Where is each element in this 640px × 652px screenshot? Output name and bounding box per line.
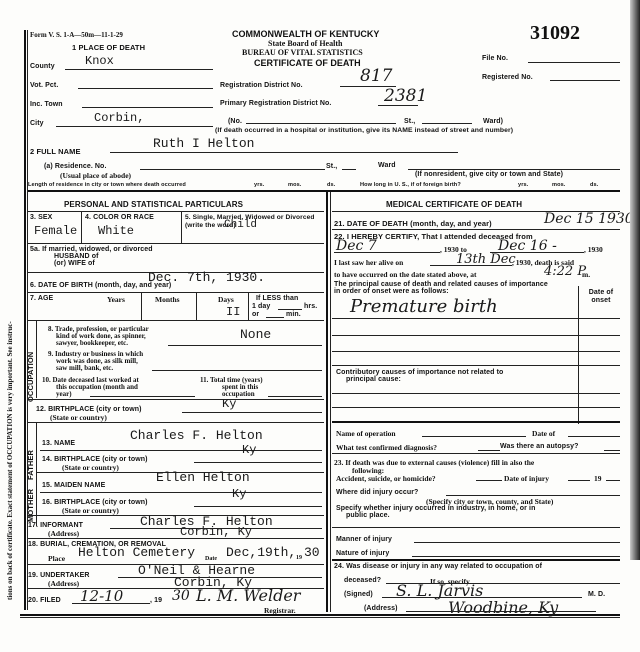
divider xyxy=(141,292,142,320)
registrar-signature: L. M. Welder xyxy=(196,586,300,605)
length-mos: mos. xyxy=(288,182,301,188)
injury-date-field[interactable] xyxy=(568,480,590,481)
residence-field[interactable] xyxy=(140,169,325,170)
specify-field[interactable] xyxy=(332,527,620,528)
race-label: 4. COLOR OR RACE xyxy=(85,214,154,221)
father-name-value: Charles F. Helton xyxy=(130,428,263,443)
nature-label: Nature of injury xyxy=(336,550,389,557)
city-value: Corbin, xyxy=(94,111,144,125)
father-name-label: 13. NAME xyxy=(42,440,75,447)
occupation-related-label-1: 24. Was disease or injury in any way rel… xyxy=(334,563,542,570)
residence-ward-label: Ward xyxy=(378,162,396,169)
divider xyxy=(28,320,324,321)
signed-label: (Signed) xyxy=(344,591,373,598)
test-field[interactable] xyxy=(478,450,500,451)
hrs-field[interactable] xyxy=(278,309,302,310)
mother-name-value: Ellen Helton xyxy=(156,470,250,485)
street-st-label: St., xyxy=(404,118,415,125)
spouse-label-2: HUSBAND of xyxy=(54,253,99,260)
length-residence-label: Length of residence in city or town wher… xyxy=(28,182,186,188)
occupation-related-label-2: deceased? xyxy=(344,577,381,584)
contributory-line-1[interactable] xyxy=(332,393,620,394)
full-name-field[interactable] xyxy=(110,152,458,153)
mother-birthplace-label: 16. BIRTHPLACE (city or town) xyxy=(42,499,148,506)
divider xyxy=(28,292,324,293)
street-field[interactable] xyxy=(246,123,396,124)
birthplace-field[interactable] xyxy=(182,412,322,413)
county-field[interactable] xyxy=(65,69,213,70)
cause-label-2: in order of onset were as follows: xyxy=(334,288,449,295)
place-of-death-heading: 1 PLACE OF DEATH xyxy=(72,43,145,52)
divider xyxy=(28,399,324,400)
mother-name-field[interactable] xyxy=(40,492,322,493)
primary-reg-label: Primary Registration District No. xyxy=(220,100,331,107)
divider xyxy=(332,421,620,423)
city-label: City xyxy=(30,120,44,127)
birthplace-sub-label: (State or country) xyxy=(50,413,107,422)
father-side-label: FATHER xyxy=(26,450,35,480)
full-name-label: 2 FULL NAME xyxy=(30,147,81,156)
age-days-label: Days xyxy=(218,295,234,304)
divider xyxy=(181,211,182,243)
mother-name-label: 15. MAIDEN NAME xyxy=(42,482,105,489)
personal-section-title: PERSONAL AND STATISTICAL PARTICULARS xyxy=(64,200,243,209)
divider xyxy=(36,422,37,526)
contributory-label-2: principal cause: xyxy=(346,376,401,383)
md-label: M. D. xyxy=(588,591,605,598)
last-saw-label: I last saw her alive on xyxy=(334,258,403,267)
operation-date-label: Date of xyxy=(532,429,555,438)
spouse-label-1: 5a. If married, widowed, or divorced xyxy=(30,246,153,253)
manner-field[interactable] xyxy=(414,542,620,543)
stamp-number: 31092 xyxy=(530,22,580,45)
divider xyxy=(332,453,620,454)
cause-line-3[interactable] xyxy=(332,351,620,352)
dod-label: 21. DATE OF DEATH (month, day, and year) xyxy=(334,219,492,228)
length-yrs: yrs. xyxy=(254,182,264,188)
divider xyxy=(28,538,324,539)
mother-birthplace-field[interactable] xyxy=(194,506,322,507)
divider xyxy=(28,211,324,212)
foreign-mos: mos. xyxy=(552,182,565,188)
cause-line-1[interactable] xyxy=(332,318,620,319)
where-field[interactable] xyxy=(446,495,620,496)
burial-place-value: Helton Cemetery xyxy=(78,545,195,560)
residence-st-label: St., xyxy=(326,163,337,170)
autopsy-field[interactable] xyxy=(604,450,620,451)
age-years-label: Years xyxy=(107,295,125,304)
ward-field[interactable] xyxy=(422,123,472,124)
city-field[interactable] xyxy=(56,126,213,127)
residence-label: (a) Residence. No. xyxy=(44,163,106,170)
accident-field[interactable] xyxy=(476,480,502,481)
father-birthplace-value: Ky xyxy=(242,443,256,457)
operation-label: Name of operation xyxy=(336,429,396,438)
full-name-value: Ruth I Helton xyxy=(153,136,254,151)
specify-label-1: Specify whether injury occurred in indus… xyxy=(336,505,535,512)
informant-label: 17. INFORMANT xyxy=(28,522,83,529)
total-time-field[interactable] xyxy=(268,396,322,397)
last-worked-field[interactable] xyxy=(90,396,195,397)
sex-value: Female xyxy=(34,224,77,238)
inc-town-field[interactable] xyxy=(82,107,213,108)
informant-field[interactable] xyxy=(110,528,322,529)
injury-year-field[interactable] xyxy=(606,480,620,481)
time-suffix: m. xyxy=(582,270,590,279)
trade-label-3: sawyer, bookkeeper, etc. xyxy=(56,339,128,347)
birthplace-value: Ky xyxy=(222,397,236,411)
contributory-label-1: Contributory causes of importance not re… xyxy=(336,369,503,376)
industry-field[interactable] xyxy=(152,370,322,371)
burial-year-prefix: 19 xyxy=(296,555,302,561)
burial-place-label: Place xyxy=(48,554,65,563)
residence-sub-label: (Usual place of abode) xyxy=(60,171,131,180)
min-label: min. xyxy=(286,311,301,318)
address-field[interactable] xyxy=(406,611,596,612)
injury-year-label: 19 xyxy=(594,474,602,483)
less-than-label: If LESS than xyxy=(256,295,298,302)
residence-street-field[interactable] xyxy=(342,169,356,170)
cause-label-1: The principal cause of death and related… xyxy=(334,281,548,288)
min-field[interactable] xyxy=(266,317,284,318)
divider xyxy=(28,422,324,423)
filed-date-field[interactable] xyxy=(72,603,150,604)
divider xyxy=(196,292,197,320)
burial-date-value: Dec,19th, xyxy=(226,545,296,560)
medical-section-title: MEDICAL CERTIFICATE OF DEATH xyxy=(386,200,522,209)
mother-birthplace-sub: (State or country) xyxy=(62,506,119,515)
address-label: (Address) xyxy=(364,605,398,612)
occurred-label: to have occurred on the date stated abov… xyxy=(334,270,477,279)
age-label: 7. AGE xyxy=(30,295,53,302)
race-value: White xyxy=(98,224,134,238)
margin-instructions: tions on back of certificate. Exact stat… xyxy=(6,321,14,600)
filed-label: 20. FILED xyxy=(28,597,61,604)
form-number: Form V. S. 1-A—50m—11-1-29 xyxy=(30,31,123,39)
foreign-yrs: yrs. xyxy=(518,182,528,188)
header-divider xyxy=(28,190,620,192)
industry-label-3: saw mill, bank, etc. xyxy=(56,364,113,372)
contributory-line-2[interactable] xyxy=(332,407,620,408)
hrs-label: hrs. xyxy=(304,303,317,310)
or-label: or xyxy=(252,311,259,318)
age-months-label: Months xyxy=(155,295,180,304)
dod-value: Dec 15 1930 xyxy=(544,211,634,227)
birthplace-label: 12. BIRTHPLACE (city or town) xyxy=(36,406,142,413)
foreign-birth-label: How long in U. S., if of foreign birth? xyxy=(360,182,461,188)
bureau-title: BUREAU OF VITAL STATISTICS xyxy=(242,48,363,57)
occupation-side-label: OCCUPATION xyxy=(26,352,35,402)
injury-date-label: Date of injury xyxy=(504,474,549,483)
column-divider-inner xyxy=(330,192,331,612)
page-edge-shadow xyxy=(630,0,640,560)
frame-left xyxy=(24,30,26,610)
marital-value: Child xyxy=(224,219,257,231)
divider xyxy=(81,211,82,243)
nonresident-note: (If nonresident, give city or town and S… xyxy=(415,171,563,178)
cause-value: Premature birth xyxy=(350,296,498,317)
trade-field[interactable] xyxy=(168,345,322,346)
divider xyxy=(28,243,324,244)
nature-field[interactable] xyxy=(412,556,620,557)
certificate-title: CERTIFICATE OF DEATH xyxy=(254,58,361,68)
length-ds: ds. xyxy=(327,182,335,188)
manner-label: Manner of injury xyxy=(336,536,392,543)
foreign-ds: ds. xyxy=(590,182,598,188)
file-no-field[interactable] xyxy=(528,62,620,63)
bottom-frame-inner xyxy=(20,617,620,618)
last-worked-label-3: year) xyxy=(56,390,72,398)
onset-column-divider xyxy=(578,286,579,424)
burial-date-label: Date xyxy=(205,556,217,562)
divider xyxy=(332,229,620,230)
trade-value: None xyxy=(240,327,271,342)
dob-value: Dec. 7th, 1930. xyxy=(148,270,265,285)
divider xyxy=(36,320,37,398)
informant-sub-label: (Address) xyxy=(48,529,79,538)
undertaker-sub-label: (Address) xyxy=(48,579,79,588)
undertaker-field[interactable] xyxy=(118,577,322,578)
filed-year-prefix: , 19 xyxy=(150,597,162,604)
date-of-onset-label: Date of onset xyxy=(584,289,618,305)
street-no-label: (No. xyxy=(228,118,242,125)
column-divider xyxy=(326,192,328,612)
age-days-value: II xyxy=(226,305,240,319)
one-day-label: 1 day xyxy=(252,303,270,310)
death-certificate: tions on back of certificate. Exact stat… xyxy=(0,0,640,652)
residence-ward-field[interactable] xyxy=(408,169,620,170)
ward-label: Ward) xyxy=(483,118,503,125)
autopsy-label: Was there an autopsy? xyxy=(500,443,578,450)
divider xyxy=(332,559,620,561)
primary-reg-field[interactable] xyxy=(378,105,418,106)
sex-label: 3. SEX xyxy=(30,214,52,221)
reg-district-value: 817 xyxy=(360,66,392,86)
primary-reg-value: 2381 xyxy=(384,86,427,106)
cause-line-2[interactable] xyxy=(332,335,620,336)
spouse-label-3: (or) WIFE of xyxy=(54,260,95,267)
father-birthplace-sub: (State or country) xyxy=(62,463,119,472)
mother-side-label: MOTHER xyxy=(26,489,35,522)
burial-year-value: 30 xyxy=(304,545,320,560)
father-birthplace-label: 14. BIRTHPLACE (city or town) xyxy=(42,456,148,463)
accident-label: Accident, suicide, or homicide? xyxy=(336,474,436,483)
father-birthplace-field[interactable] xyxy=(194,462,322,463)
county-value: Knox xyxy=(85,54,114,68)
specify-label-2: public place. xyxy=(346,512,390,519)
divider xyxy=(248,292,249,320)
registered-no-field[interactable] xyxy=(550,80,620,81)
vot-pct-field[interactable] xyxy=(78,88,213,89)
board-title: State Board of Health xyxy=(268,39,342,48)
father-name-field[interactable] xyxy=(40,450,322,451)
mother-birthplace-value: Ky xyxy=(232,487,246,501)
physician-address: Woodbine, Ky xyxy=(448,598,558,617)
file-no-label: File No. xyxy=(482,55,508,62)
registered-no-label: Registered No. xyxy=(482,74,533,81)
operation-date-field[interactable] xyxy=(568,436,620,437)
hospital-note: (If death occurred in a hospital or inst… xyxy=(215,127,513,134)
operation-field[interactable] xyxy=(422,436,526,437)
last-saw-field[interactable] xyxy=(430,265,512,266)
filed-year-value: 30 xyxy=(172,588,190,604)
cause-line-4[interactable] xyxy=(332,365,620,366)
reg-district-label: Registration District No. xyxy=(220,82,303,89)
state-title: COMMONWEALTH OF KENTUCKY xyxy=(232,29,379,39)
attended-from-field[interactable] xyxy=(334,252,440,253)
inc-town-label: Inc. Town xyxy=(30,101,63,108)
time-value: 4:22 P xyxy=(544,264,586,279)
where-label: Where did injury occur? xyxy=(336,489,418,496)
county-label: County xyxy=(30,63,55,70)
vot-pct-label: Vot. Pct. xyxy=(30,82,58,89)
test-label: What test confirmed diagnosis? xyxy=(336,443,437,452)
attended-to-year: , 1930 xyxy=(584,245,603,254)
undertaker-label: 19. UNDERTAKER xyxy=(28,572,90,579)
